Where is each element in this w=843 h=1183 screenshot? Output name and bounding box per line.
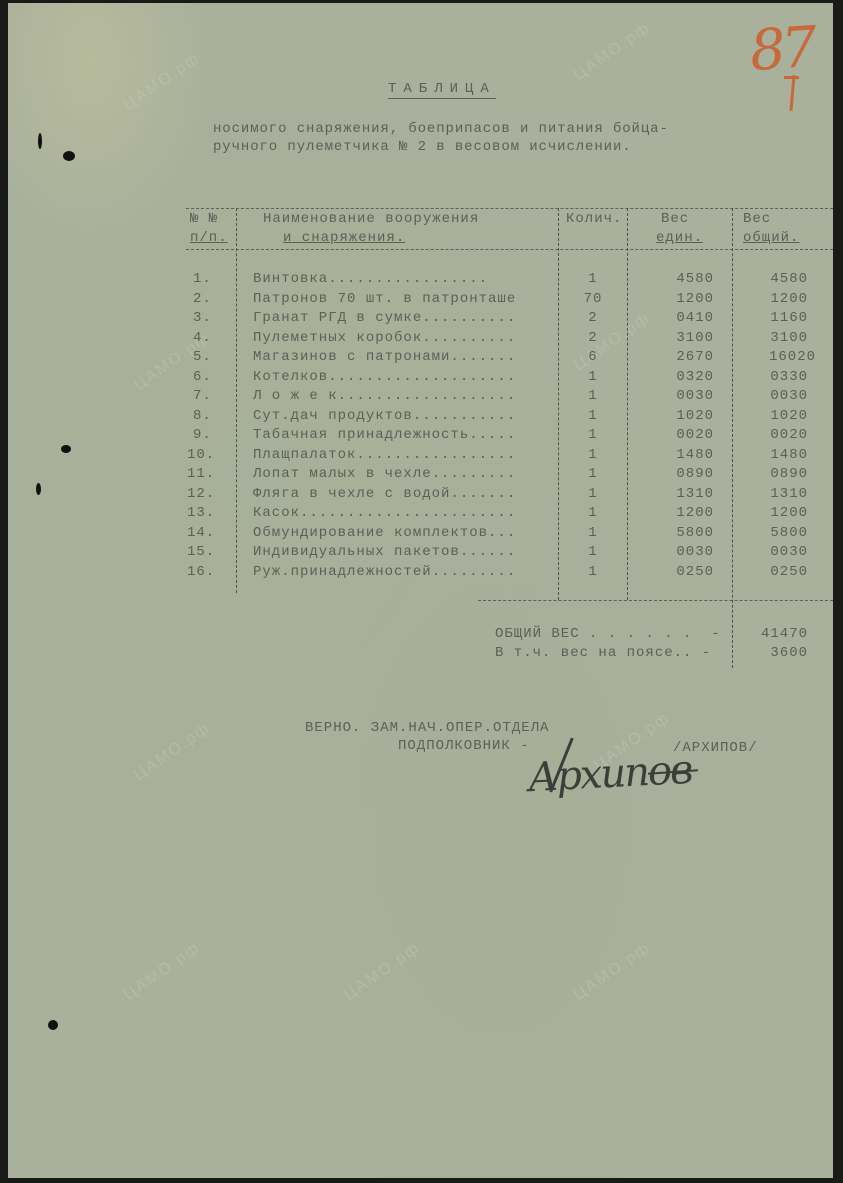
row-total-weight: 3100: [738, 330, 808, 346]
header-name: Наименование вооружения: [263, 211, 479, 227]
row-num: 15.: [187, 544, 215, 560]
row-name: Плащпалаток.................: [253, 447, 516, 463]
row-qty: 6: [568, 349, 618, 365]
row-unit-weight: 1480: [638, 447, 714, 463]
row-qty: 1: [568, 408, 618, 424]
row-qty: 1: [568, 466, 618, 482]
table-rule: [186, 249, 833, 250]
subtitle-line: ручного пулеметчика № 2 в весовом исчисл…: [213, 139, 632, 155]
row-unit-weight: 0890: [638, 466, 714, 482]
table-column-rule: [627, 208, 628, 600]
header-num: п/п.: [190, 230, 228, 246]
document-subtitle: носимого снаряжения, боеприпасов и питан…: [213, 120, 669, 156]
row-name: Фляга в чехле с водой.......: [253, 486, 516, 502]
row-unit-weight: 1020: [638, 408, 714, 424]
watermark: ЦАМО.рф: [341, 939, 424, 1005]
row-name: Л о ж е к...................: [253, 388, 516, 404]
row-num: 5.: [193, 349, 212, 365]
row-total-weight: 4580: [738, 271, 808, 287]
row-name: Котелков....................: [253, 369, 516, 385]
binding-hole: [63, 151, 75, 161]
row-num: 11.: [187, 466, 215, 482]
row-unit-weight: 4580: [638, 271, 714, 287]
row-num: 1.: [193, 271, 212, 287]
row-qty: 1: [568, 505, 618, 521]
belt-weight-value: 3600: [738, 645, 808, 661]
table-column-rule: [236, 208, 237, 593]
row-num: 16.: [187, 564, 215, 580]
row-num: 14.: [187, 525, 215, 541]
row-total-weight: 1200: [738, 505, 808, 521]
row-num: 3.: [193, 310, 212, 326]
binding-hole: [38, 133, 42, 149]
row-unit-weight: 0250: [638, 564, 714, 580]
watermark: ЦАМО.рф: [121, 939, 204, 1005]
row-total-weight: 0020: [738, 427, 808, 443]
row-qty: 1: [568, 525, 618, 541]
row-qty: 1: [568, 486, 618, 502]
row-name: Индивидуальных пакетов......: [253, 544, 516, 560]
row-qty: 1: [568, 544, 618, 560]
row-qty: 2: [568, 330, 618, 346]
table-column-rule: [732, 208, 733, 668]
row-unit-weight: 0030: [638, 544, 714, 560]
watermark: ЦАМО.рф: [131, 719, 214, 785]
table-rule: [478, 600, 833, 601]
row-num: 7.: [193, 388, 212, 404]
belt-weight-label: В т.ч. вес на поясе.. -: [495, 645, 711, 661]
row-num: 8.: [193, 408, 212, 424]
subtitle-line: носимого снаряжения, боеприпасов и питан…: [213, 121, 669, 137]
row-total-weight: 0330: [738, 369, 808, 385]
row-num: 10.: [187, 447, 215, 463]
row-qty: 1: [568, 427, 618, 443]
row-name: Табачная принадлежность.....: [253, 427, 516, 443]
row-unit-weight: 1200: [638, 291, 714, 307]
header-unit-weight: Вес: [661, 211, 689, 227]
row-name: Пулеметных коробок..........: [253, 330, 516, 346]
row-unit-weight: 0410: [638, 310, 714, 326]
watermark: ЦАМО.рф: [571, 19, 654, 85]
row-num: 13.: [187, 505, 215, 521]
row-unit-weight: 1200: [638, 505, 714, 521]
row-total-weight: 16020: [738, 349, 816, 365]
header-total-weight: общий.: [743, 230, 799, 246]
binding-hole: [36, 483, 41, 495]
row-name: Касок.......................: [253, 505, 516, 521]
row-num: 4.: [193, 330, 212, 346]
row-unit-weight: 5800: [638, 525, 714, 541]
row-name: Сут.дач продуктов...........: [253, 408, 516, 424]
header-qty: Колич.: [566, 211, 622, 227]
row-name: Патронов 70 шт. в патронташе: [253, 291, 516, 307]
total-weight-value: 41470: [738, 626, 808, 642]
row-name: Лопат малых в чехле.........: [253, 466, 516, 482]
row-qty: 1: [568, 271, 618, 287]
total-weight-label: ОБЩИЙ ВЕС . . . . . . -: [495, 626, 721, 642]
row-total-weight: 0890: [738, 466, 808, 482]
row-num: 6.: [193, 369, 212, 385]
row-qty: 1: [568, 369, 618, 385]
row-name: Винтовка.................: [253, 271, 488, 287]
row-qty: 1: [568, 447, 618, 463]
header-total-weight: Вес: [743, 211, 771, 227]
row-num: 9.: [193, 427, 212, 443]
row-name: Обмундирование комплектов...: [253, 525, 516, 541]
binding-hole: [48, 1020, 58, 1030]
document-title: ТАБЛИЦА: [388, 81, 496, 99]
row-unit-weight: 0030: [638, 388, 714, 404]
row-unit-weight: 2670: [638, 349, 714, 365]
row-total-weight: 0030: [738, 544, 808, 560]
folio-number: 87: [748, 15, 816, 84]
row-unit-weight: 3100: [638, 330, 714, 346]
watermark: ЦАМО.рф: [571, 939, 654, 1005]
row-qty: 1: [568, 388, 618, 404]
attestation-rank: ПОДПОЛКОВНИК -: [398, 738, 530, 754]
signature: Архипов: [527, 747, 693, 801]
attestation-title: ВЕРНО. ЗАМ.НАЧ.ОПЕР.ОТДЕЛА: [305, 720, 549, 736]
row-name: Руж.принадлежностей.........: [253, 564, 516, 580]
row-qty: 1: [568, 564, 618, 580]
header-name: и снаряжения.: [283, 230, 405, 246]
row-total-weight: 1200: [738, 291, 808, 307]
row-unit-weight: 0320: [638, 369, 714, 385]
row-name: Гранат РГД в сумке..........: [253, 310, 516, 326]
row-num: 12.: [187, 486, 215, 502]
table-column-rule: [558, 208, 559, 600]
row-total-weight: 5800: [738, 525, 808, 541]
row-qty: 70: [568, 291, 618, 307]
row-total-weight: 1310: [738, 486, 808, 502]
binding-hole: [61, 445, 71, 453]
row-total-weight: 0250: [738, 564, 808, 580]
document-page: ЦАМО.рф ЦАМО.рф ЦАМО.рф ЦАМО.рф ЦАМО.рф …: [8, 3, 833, 1178]
row-name: Магазинов с патронами.......: [253, 349, 516, 365]
watermark: ЦАМО.рф: [121, 49, 204, 115]
header-unit-weight: един.: [656, 230, 703, 246]
row-total-weight: 1020: [738, 408, 808, 424]
row-qty: 2: [568, 310, 618, 326]
row-total-weight: 1160: [738, 310, 808, 326]
row-unit-weight: 1310: [638, 486, 714, 502]
row-total-weight: 0030: [738, 388, 808, 404]
row-num: 2.: [193, 291, 212, 307]
row-total-weight: 1480: [738, 447, 808, 463]
table-rule: [186, 208, 833, 209]
header-num: № №: [190, 211, 218, 227]
row-unit-weight: 0020: [638, 427, 714, 443]
